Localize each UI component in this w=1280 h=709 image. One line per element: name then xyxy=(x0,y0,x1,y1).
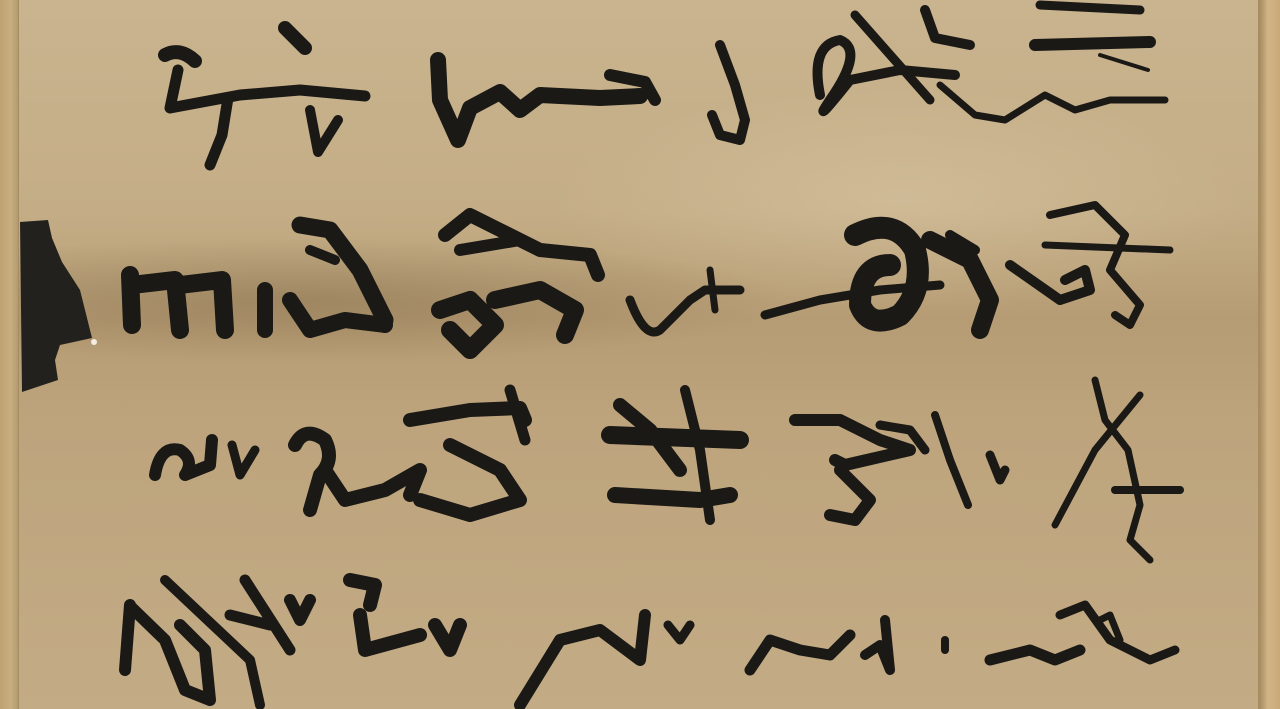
damage-patch xyxy=(20,220,92,392)
ink-strokes xyxy=(0,0,1280,709)
glyph-row-4 xyxy=(125,580,1175,705)
glyph-row-1 xyxy=(165,5,1165,165)
calligraphy-scroll xyxy=(0,0,1280,709)
glyph-row-3 xyxy=(155,380,1180,560)
glyph-row-2 xyxy=(130,205,1170,350)
